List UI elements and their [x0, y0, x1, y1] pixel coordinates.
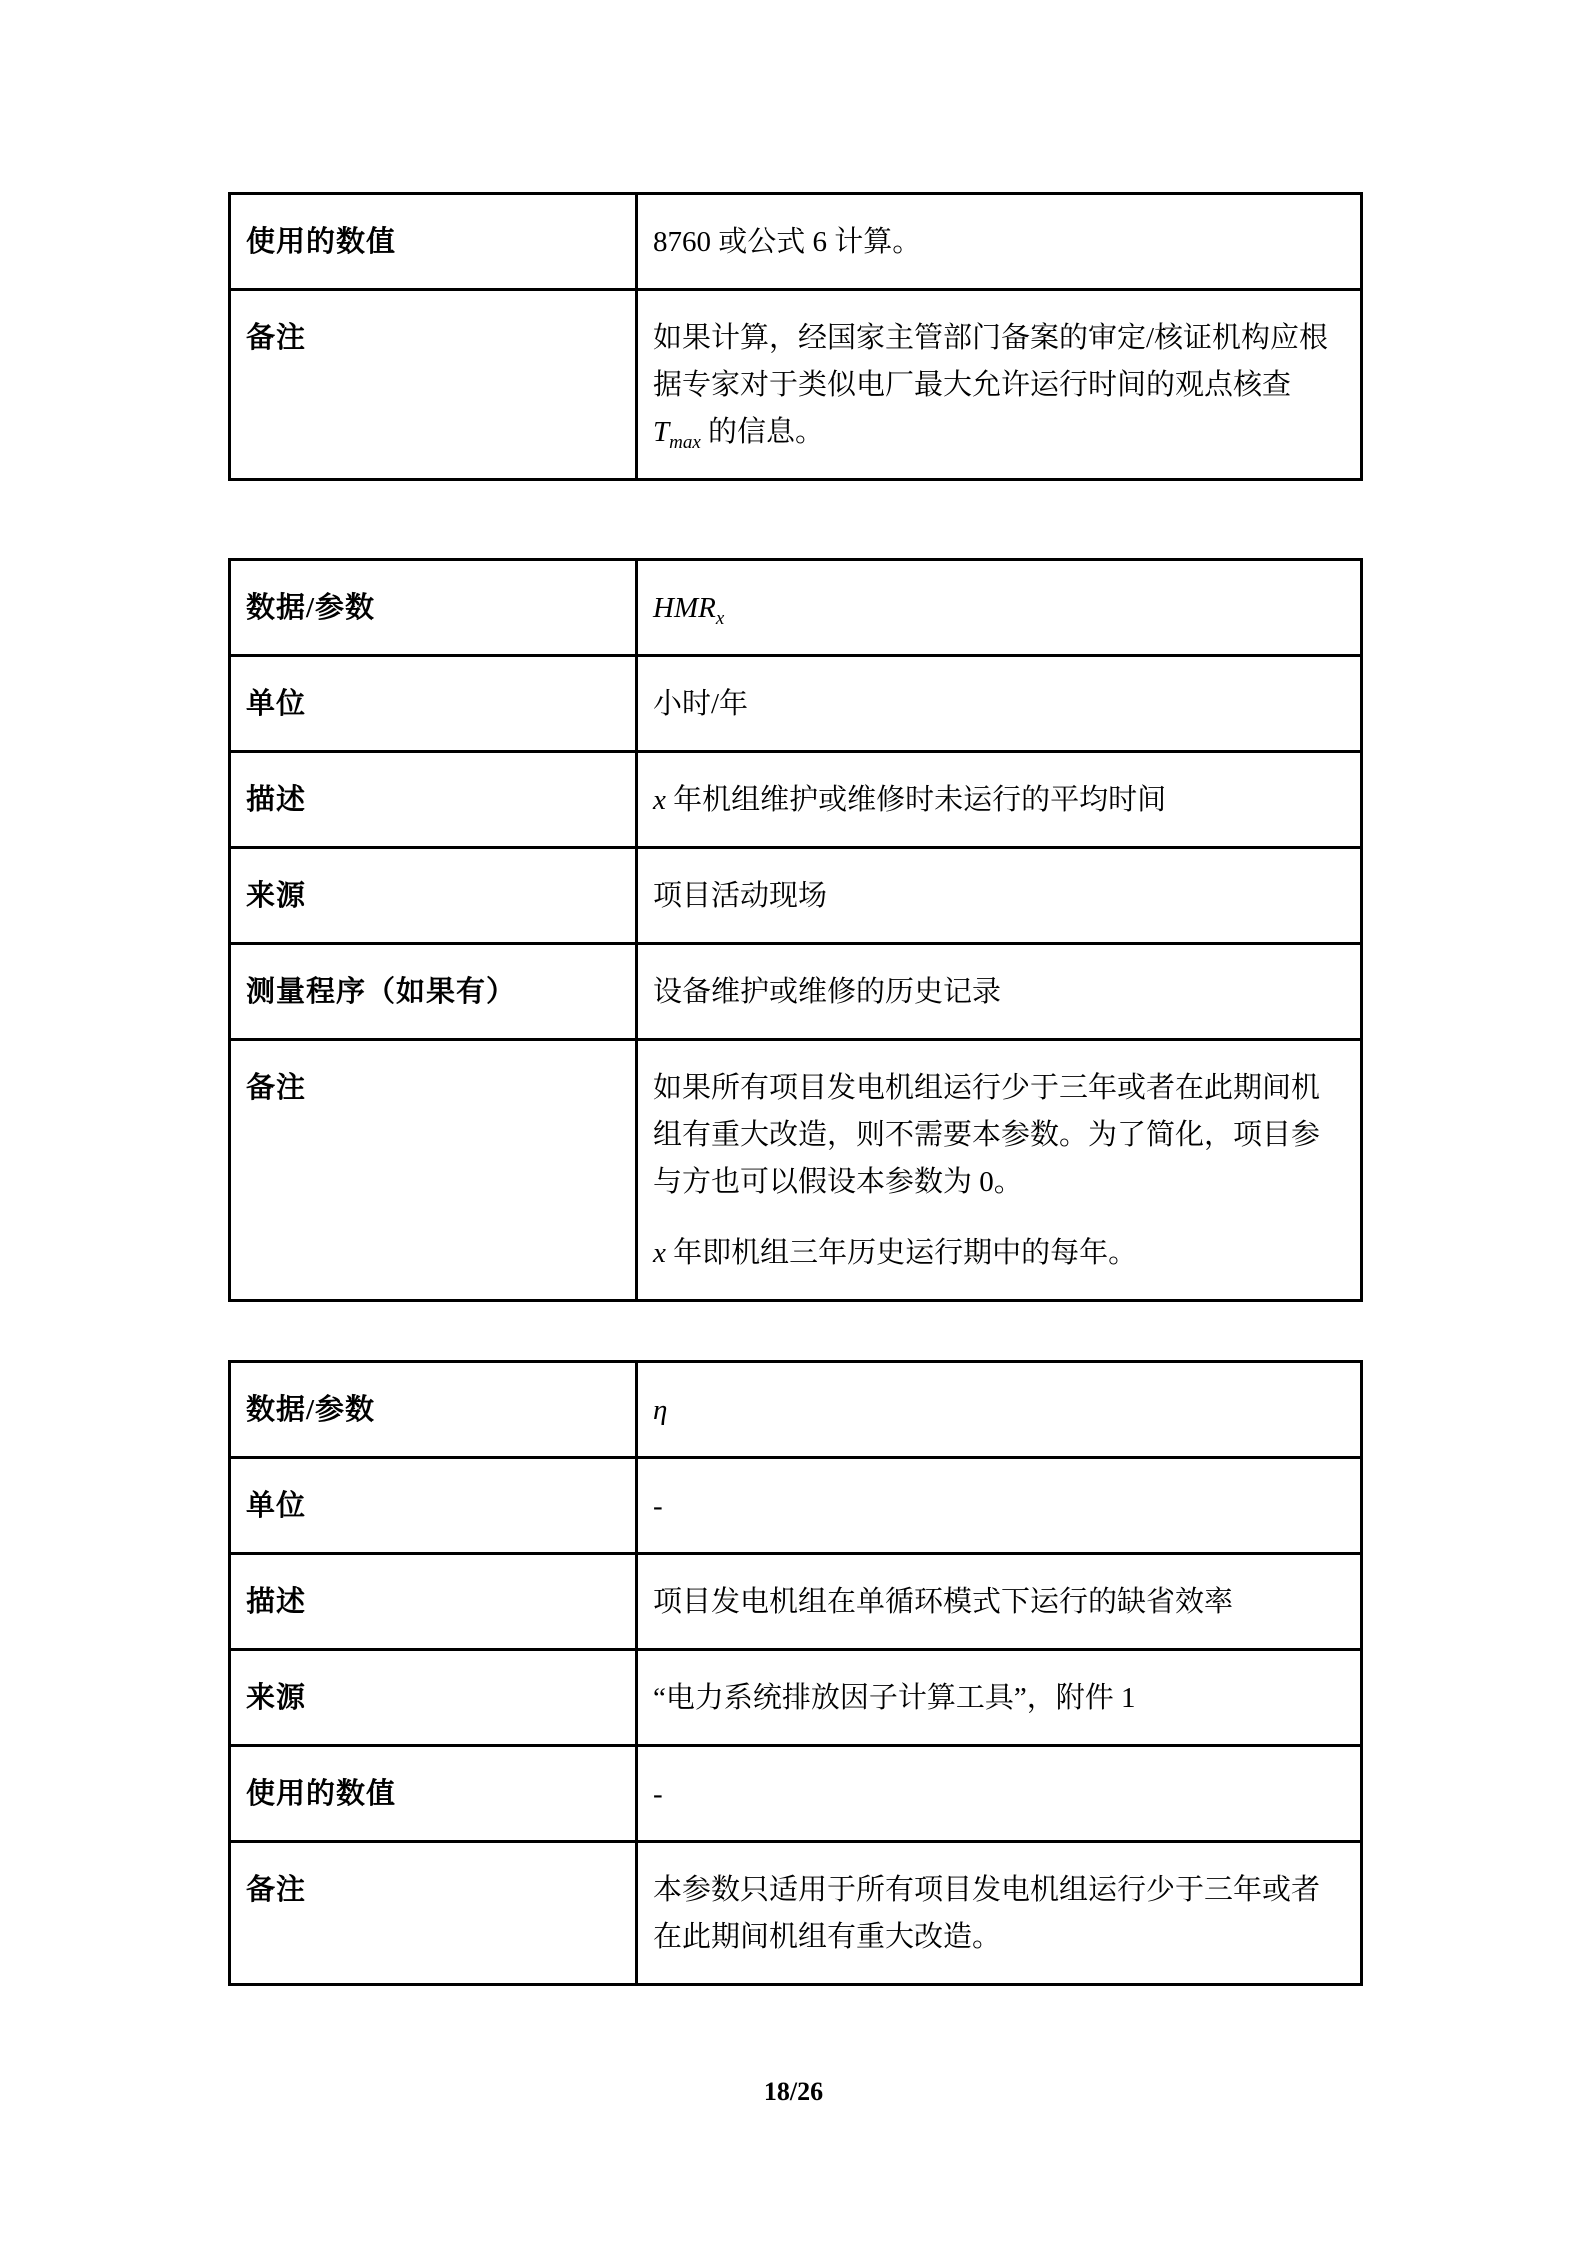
row-label: 来源 [230, 1650, 637, 1746]
row-value: HMRx [637, 560, 1362, 656]
row-value: 本参数只适用于所有项目发电机组运行少于三年或者在此期间机组有重大改造。 [637, 1842, 1362, 1985]
description-text: 年机组维护或维修时未运行的平均时间 [666, 784, 1166, 816]
x-symbol: x [653, 1237, 666, 1269]
footer-page-number: 18/26 [0, 2076, 1587, 2108]
document-page: 使用的数值 8760 或公式 6 计算。 备注 如果计算，经国家主管部门备案的审… [0, 0, 1587, 2245]
row-value: 如果所有项目发电机组运行少于三年或者在此期间机组有重大改造，则不需要本参数。为了… [637, 1040, 1362, 1301]
row-label: 测量程序（如果有） [230, 944, 637, 1040]
hmr-symbol: HMR [653, 592, 716, 624]
table-row: 单位 小时/年 [230, 656, 1362, 752]
row-label: 描述 [230, 1554, 637, 1650]
table-row: 备注 如果所有项目发电机组运行少于三年或者在此期间机组有重大改造，则不需要本参数… [230, 1040, 1362, 1301]
param-table-tmax: 使用的数值 8760 或公式 6 计算。 备注 如果计算，经国家主管部门备案的审… [228, 192, 1363, 481]
remark-paragraph: x 年即机组三年历史运行期中的每年。 [653, 1230, 1338, 1277]
row-value: “电力系统排放因子计算工具”，附件 1 [637, 1650, 1362, 1746]
remark-text: 的信息。 [701, 416, 824, 448]
row-label: 备注 [230, 1842, 637, 1985]
row-label: 来源 [230, 848, 637, 944]
eta-symbol: η [653, 1394, 667, 1426]
row-value: - [637, 1458, 1362, 1554]
table-row: 测量程序（如果有） 设备维护或维修的历史记录 [230, 944, 1362, 1040]
table-row: 使用的数值 8760 或公式 6 计算。 [230, 194, 1362, 290]
row-value: 如果计算，经国家主管部门备案的审定/核证机构应根据专家对于类似电厂最大允许运行时… [637, 290, 1362, 480]
row-value: 小时/年 [637, 656, 1362, 752]
remark-text: 如果计算，经国家主管部门备案的审定/核证机构应根据专家对于类似电厂最大允许运行时… [653, 322, 1328, 401]
remark-text: 年即机组三年历史运行期中的每年。 [666, 1237, 1137, 1269]
row-label: 使用的数值 [230, 1746, 637, 1842]
table-row: 来源 “电力系统排放因子计算工具”，附件 1 [230, 1650, 1362, 1746]
remark-paragraph: 如果所有项目发电机组运行少于三年或者在此期间机组有重大改造，则不需要本参数。为了… [653, 1065, 1338, 1206]
hmr-subscript: x [716, 608, 724, 629]
row-value: 项目活动现场 [637, 848, 1362, 944]
tmax-subscript: max [669, 432, 701, 453]
x-symbol: x [653, 784, 666, 816]
row-label: 单位 [230, 1458, 637, 1554]
table-row: 备注 如果计算，经国家主管部门备案的审定/核证机构应根据专家对于类似电厂最大允许… [230, 290, 1362, 480]
row-value: 项目发电机组在单循环模式下运行的缺省效率 [637, 1554, 1362, 1650]
row-label: 备注 [230, 290, 637, 480]
row-value: x 年机组维护或维修时未运行的平均时间 [637, 752, 1362, 848]
table-row: 数据/参数 HMRx [230, 560, 1362, 656]
table-row: 描述 项目发电机组在单循环模式下运行的缺省效率 [230, 1554, 1362, 1650]
row-label: 单位 [230, 656, 637, 752]
table-row: 来源 项目活动现场 [230, 848, 1362, 944]
table-row: 数据/参数 η [230, 1362, 1362, 1458]
row-label: 数据/参数 [230, 560, 637, 656]
row-value: η [637, 1362, 1362, 1458]
row-label: 描述 [230, 752, 637, 848]
table-row: 描述 x 年机组维护或维修时未运行的平均时间 [230, 752, 1362, 848]
row-value: 8760 或公式 6 计算。 [637, 194, 1362, 290]
tmax-symbol: T [653, 416, 669, 448]
row-value: - [637, 1746, 1362, 1842]
param-table-eta: 数据/参数 η 单位 - 描述 项目发电机组在单循环模式下运行的缺省效率 来源 … [228, 1360, 1363, 1986]
row-label: 数据/参数 [230, 1362, 637, 1458]
table-row: 单位 - [230, 1458, 1362, 1554]
table-row: 使用的数值 - [230, 1746, 1362, 1842]
row-label: 使用的数值 [230, 194, 637, 290]
param-table-hmr: 数据/参数 HMRx 单位 小时/年 描述 x 年机组维护或维修时未运行的平均时… [228, 558, 1363, 1302]
row-value: 设备维护或维修的历史记录 [637, 944, 1362, 1040]
table-row: 备注 本参数只适用于所有项目发电机组运行少于三年或者在此期间机组有重大改造。 [230, 1842, 1362, 1985]
row-label: 备注 [230, 1040, 637, 1301]
